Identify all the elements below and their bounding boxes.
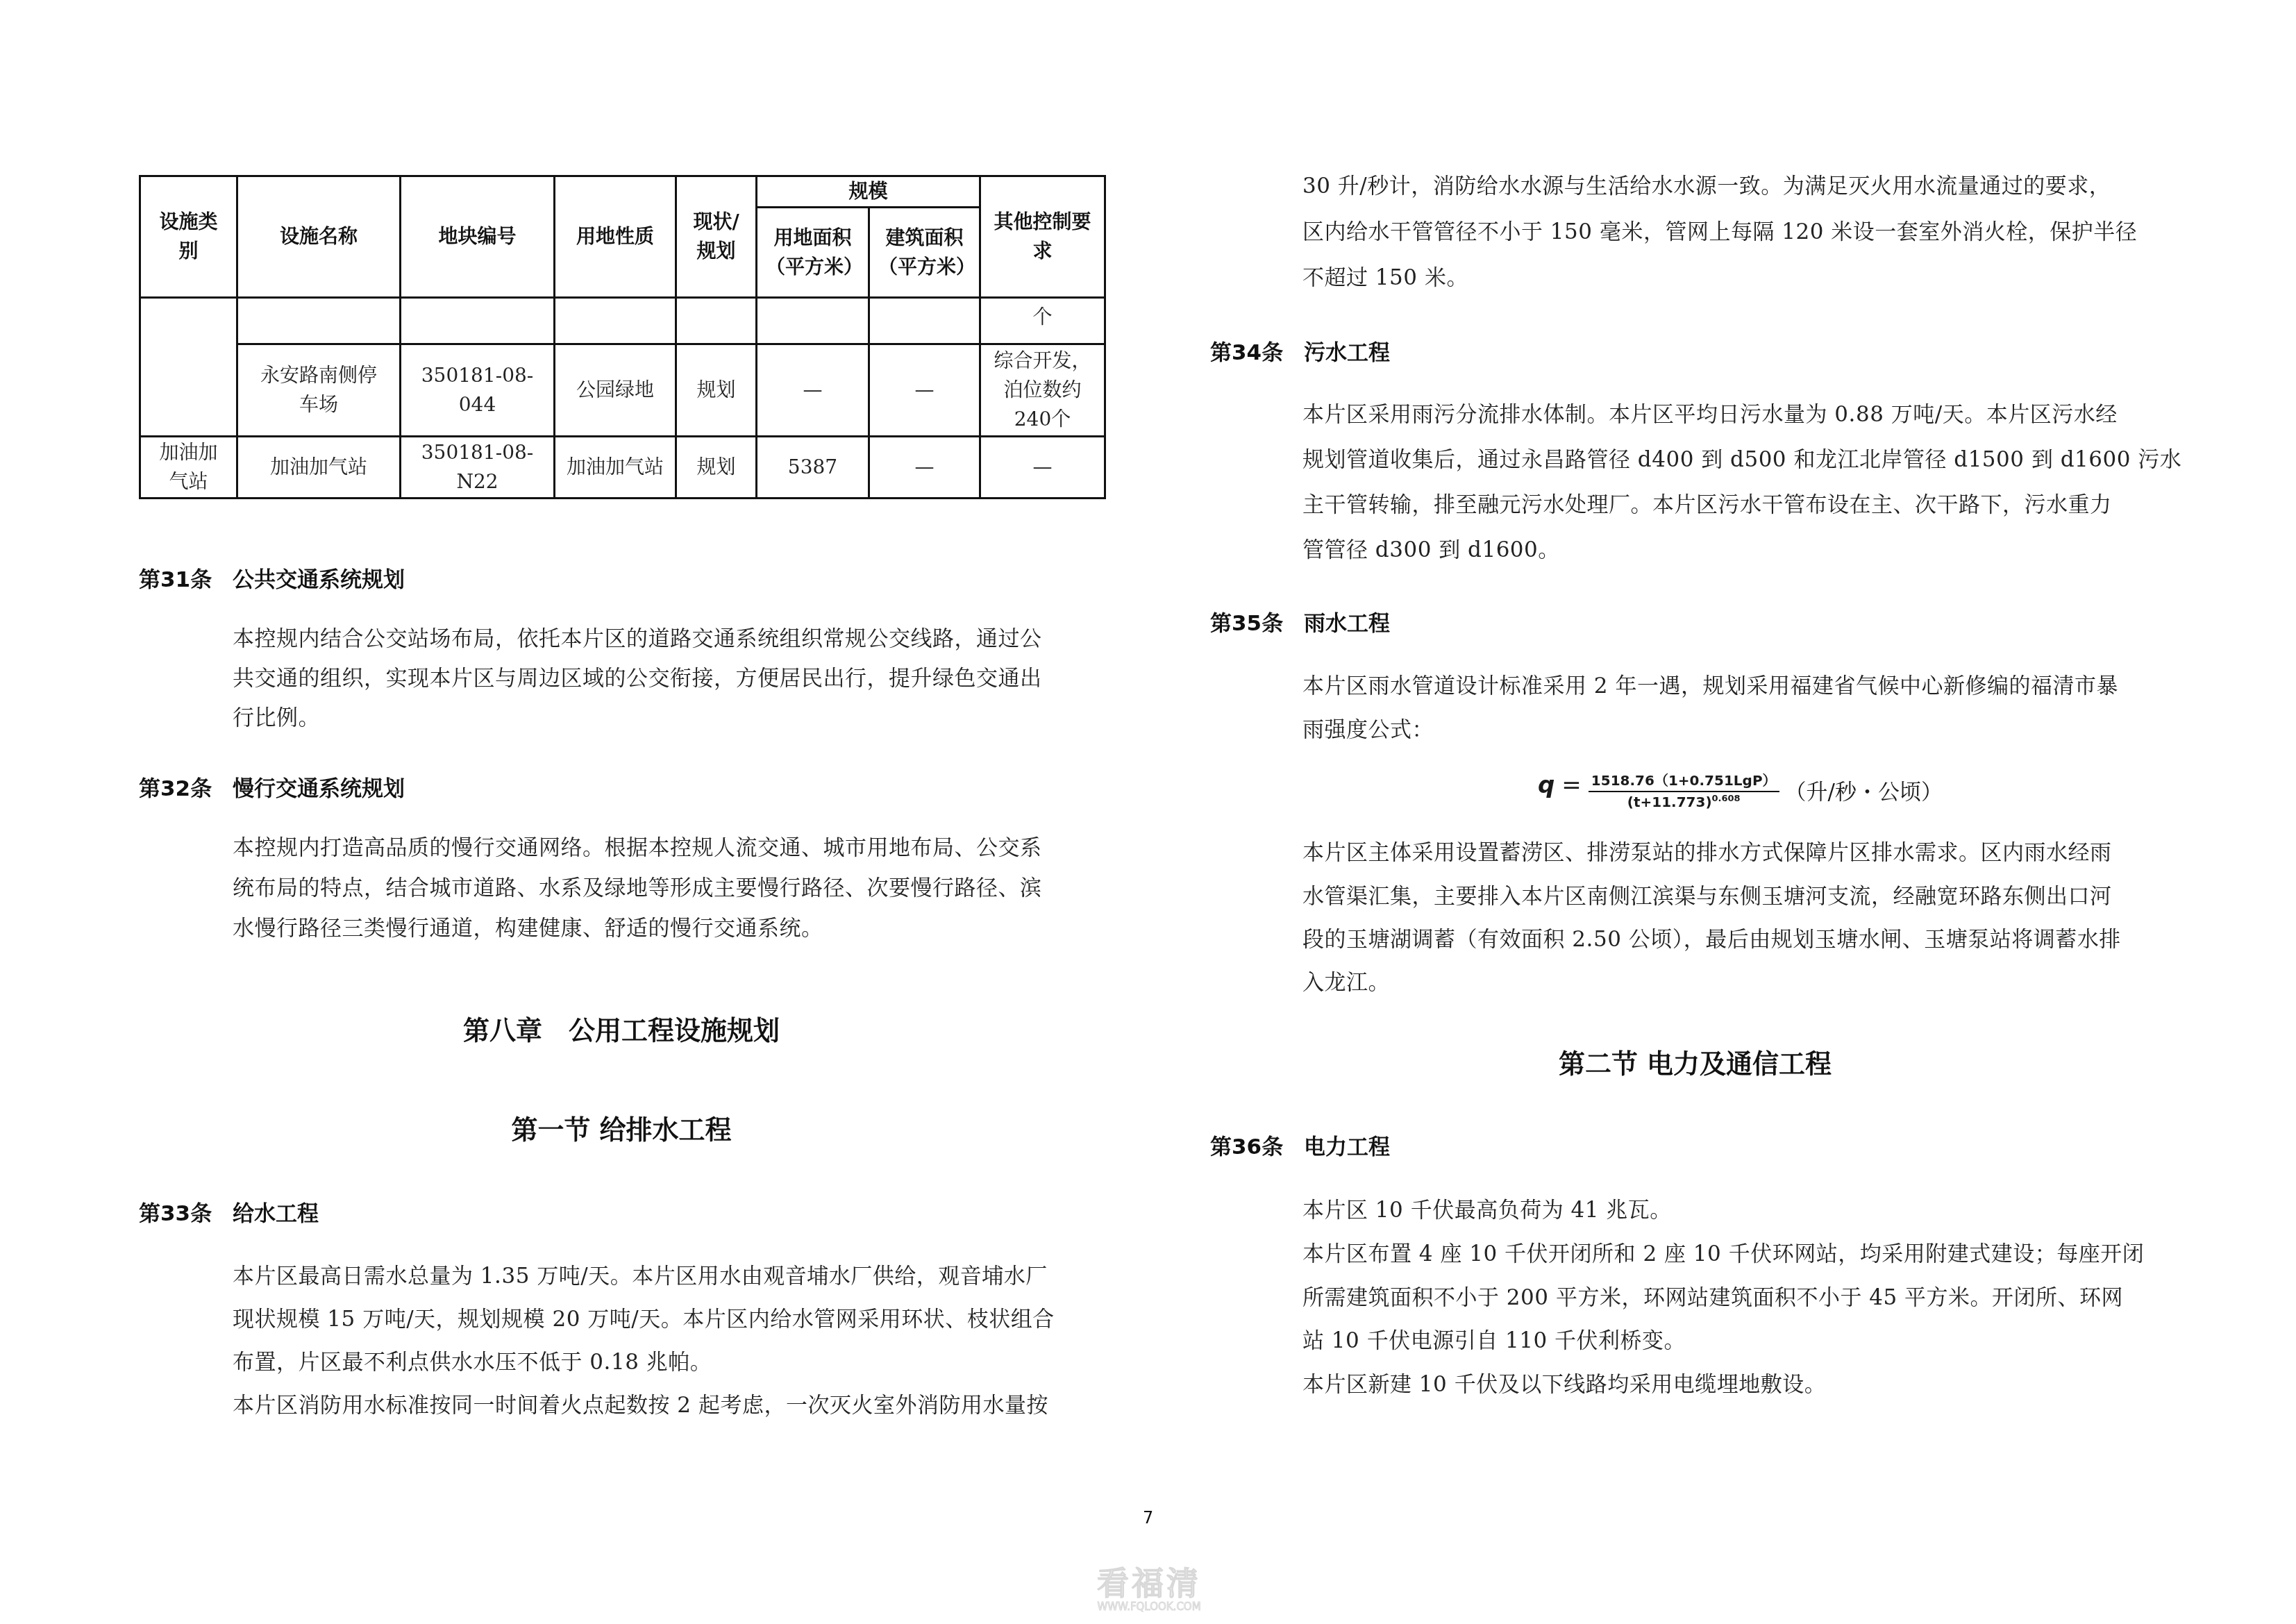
paragraph-line: 所需建筑面积不小于 200 平方米，环网站建筑面积不小于 45 平方米。开闭所、…	[1302, 1284, 2123, 1312]
cell-other: 个	[980, 298, 1105, 344]
header-other: 其他控制要求	[980, 176, 1105, 298]
paragraph-line: 共交通的组织，实现本片区与周边区域的公交衔接，方便居民出行，提升绿色交通出	[233, 664, 1042, 692]
paragraph-line: 本控规内打造高品质的慢行交通网络。根据本控规人流交通、城市用地布局、公交系	[233, 834, 1042, 862]
paragraph-line: 段的玉塘湖调蓄（有效面积 2.50 公顷），最后由规划玉塘水闸、玉塘泵站将调蓄水…	[1302, 926, 2121, 953]
header-land-area: 用地面积（平方米）	[757, 208, 869, 298]
formula-unit: （升/秒・公顷）	[1785, 780, 1943, 805]
article-number: 第33条	[139, 1200, 233, 1228]
paragraph-line: 入龙江。	[1302, 969, 1390, 996]
article-title: 电力工程	[1304, 1135, 1390, 1160]
paragraph-line: 本片区雨水管道设计标准采用 2 年一遇，规划采用福建省气候中心新修编的福清市暴	[1302, 672, 2118, 700]
cell-building-area: —	[869, 437, 980, 499]
paragraph-line: 不超过 150 米。	[1302, 264, 1468, 292]
paragraph-line: 本片区主体采用设置蓄涝区、排涝泵站的排水方式保障片区排水需求。区内雨水经雨	[1302, 839, 2112, 867]
cell-plot-code	[401, 298, 555, 344]
paragraph-line: 站 10 千伏电源引自 110 千伏利桥变。	[1302, 1327, 1686, 1355]
paragraph-line: 主干管转输，排至融元污水处理厂。本片区污水干管布设在主、次干路下，污水重力	[1302, 491, 2112, 519]
section-title: 第一节 给排水工程	[139, 1114, 1104, 1146]
cell-building-area: —	[869, 344, 980, 437]
formula-lhs: q	[1538, 771, 1555, 799]
article-number: 第36条	[1210, 1133, 1304, 1161]
paragraph-line: 区内给水干管管径不小于 150 毫米，管网上每隔 120 米设一套室外消火栓，保…	[1302, 218, 2137, 246]
cell-name: 永安路南侧停车场	[237, 344, 401, 437]
cell-land-area	[757, 298, 869, 344]
formula-exponent: 0.608	[1712, 794, 1741, 804]
cell-category: 加油加气站	[140, 437, 237, 499]
formula-fraction: 1518.76（1+0.751LgP）(t+11.773)0.608	[1589, 769, 1779, 810]
cell-land-area: —	[757, 344, 869, 437]
article-number: 第35条	[1210, 610, 1304, 637]
cell-building-area	[869, 298, 980, 344]
table-row: 个	[140, 298, 1105, 344]
paragraph-line: 管管径 d300 到 d1600。	[1302, 536, 1560, 564]
rainfall-intensity-formula: q=1518.76（1+0.751LgP）(t+11.773)0.608（升/秒…	[1538, 769, 1943, 810]
paragraph-line: 本片区新建 10 千伏及以下线路均采用电缆埋地敷设。	[1302, 1371, 1826, 1398]
article-title: 公共交通系统规划	[233, 567, 405, 592]
cell-status: 规划	[676, 437, 757, 499]
cell-land-use	[555, 298, 676, 344]
paragraph-line: 本片区消防用水标准按同一时间着火点起数按 2 起考虑，一次灭火室外消防用水量按	[233, 1391, 1048, 1419]
section-title: 第二节 电力及通信工程	[1210, 1048, 2180, 1080]
table-row: 加油加气站 加油加气站 350181-08-N22 加油加气站 规划 5387 …	[140, 437, 1105, 499]
formula-denominator: (t+11.773)	[1627, 794, 1712, 810]
article-number: 第34条	[1210, 339, 1304, 367]
header-status: 现状/规划	[676, 176, 757, 298]
article-34-heading: 第34条污水工程	[1210, 339, 1390, 367]
article-title: 慢行交通系统规划	[233, 776, 405, 801]
article-36-heading: 第36条电力工程	[1210, 1133, 1390, 1161]
facility-table: 设施类别 设施名称 地块编号 用地性质 现状/规划 规模 其他控制要求 用地面积…	[139, 175, 1106, 499]
article-number: 第31条	[139, 566, 233, 594]
cell-category	[140, 298, 237, 437]
paragraph-line: 本片区采用雨污分流排水体制。本片区平均日污水量为 0.88 万吨/天。本片区污水…	[1302, 401, 2118, 428]
cell-plot-code: 350181-08-044	[401, 344, 555, 437]
cell-name	[237, 298, 401, 344]
paragraph-line: 行比例。	[233, 704, 320, 732]
cell-plot-code: 350181-08-N22	[401, 437, 555, 499]
article-title: 给水工程	[233, 1201, 319, 1226]
paragraph-line: 布置，片区最不利点供水水压不低于 0.18 兆帕。	[233, 1348, 712, 1376]
article-title: 污水工程	[1304, 340, 1390, 365]
paragraph-line: 本控规内结合公交站场布局，依托本片区的道路交通系统组织常规公交线路，通过公	[233, 625, 1042, 653]
cell-land-use: 公园绿地	[555, 344, 676, 437]
header-building-area: 建筑面积（平方米）	[869, 208, 980, 298]
article-title: 雨水工程	[1304, 611, 1390, 636]
paragraph-line: 本片区 10 千伏最高负荷为 41 兆瓦。	[1302, 1196, 1672, 1224]
header-plot-code: 地块编号	[401, 176, 555, 298]
watermark-url: WWW.FQLOOK.COM	[1097, 1600, 1201, 1613]
header-land-use: 用地性质	[555, 176, 676, 298]
paragraph-line: 规划管道收集后，通过永昌路管径 d400 到 d500 和龙江北岸管径 d150…	[1302, 446, 2181, 474]
cell-status: 规划	[676, 344, 757, 437]
cell-land-use: 加油加气站	[555, 437, 676, 499]
cell-land-area: 5387	[757, 437, 869, 499]
paragraph-line: 本片区布置 4 座 10 千伏开闭所和 2 座 10 千伏环网站，均采用附建式建…	[1302, 1240, 2144, 1268]
article-33-heading: 第33条给水工程	[139, 1200, 319, 1228]
paragraph-line: 雨强度公式：	[1302, 716, 1434, 744]
article-number: 第32条	[139, 775, 233, 803]
formula-denominator-wrap: (t+11.773)0.608	[1589, 792, 1779, 810]
article-31-heading: 第31条公共交通系统规划	[139, 566, 405, 594]
chapter-title: 第八章 公用工程设施规划	[139, 1014, 1104, 1046]
article-32-heading: 第32条慢行交通系统规划	[139, 775, 405, 803]
paragraph-line: 本片区最高日需水总量为 1.35 万吨/天。本片区用水由观音埔水厂供给，观音埔水…	[233, 1262, 1048, 1290]
header-name: 设施名称	[237, 176, 401, 298]
paragraph-line: 30 升/秒计，消防给水水源与生活给水水源一致。为满足灭火用水流量通过的要求，	[1302, 172, 2111, 200]
cell-other: 综合开发，泊位数约240个	[980, 344, 1105, 437]
table-row: 永安路南侧停车场 350181-08-044 公园绿地 规划 — — 综合开发，…	[140, 344, 1105, 437]
article-35-heading: 第35条雨水工程	[1210, 610, 1390, 637]
page-number: 7	[1143, 1508, 1153, 1527]
formula-equals: =	[1561, 771, 1582, 799]
paragraph-line: 现状规模 15 万吨/天，规划规模 20 万吨/天。本片区内给水管网采用环状、枝…	[233, 1305, 1055, 1333]
header-scale: 规模	[757, 176, 980, 208]
cell-other: —	[980, 437, 1105, 499]
watermark-title: 看福清	[1097, 1566, 1201, 1600]
cell-status	[676, 298, 757, 344]
paragraph-line: 统布局的特点，结合城市道路、水系及绿地等形成主要慢行路径、次要慢行路径、滨	[233, 874, 1042, 902]
cell-name: 加油加气站	[237, 437, 401, 499]
formula-numerator: 1518.76（1+0.751LgP）	[1589, 769, 1779, 792]
watermark: 看福清 WWW.FQLOOK.COM	[1097, 1566, 1201, 1613]
paragraph-line: 水管渠汇集，主要排入本片区南侧江滨渠与东侧玉塘河支流，经融宽环路东侧出口河	[1302, 882, 2112, 910]
paragraph-line: 水慢行路径三类慢行通道，构建健康、舒适的慢行交通系统。	[233, 914, 823, 942]
header-category: 设施类别	[140, 176, 237, 298]
